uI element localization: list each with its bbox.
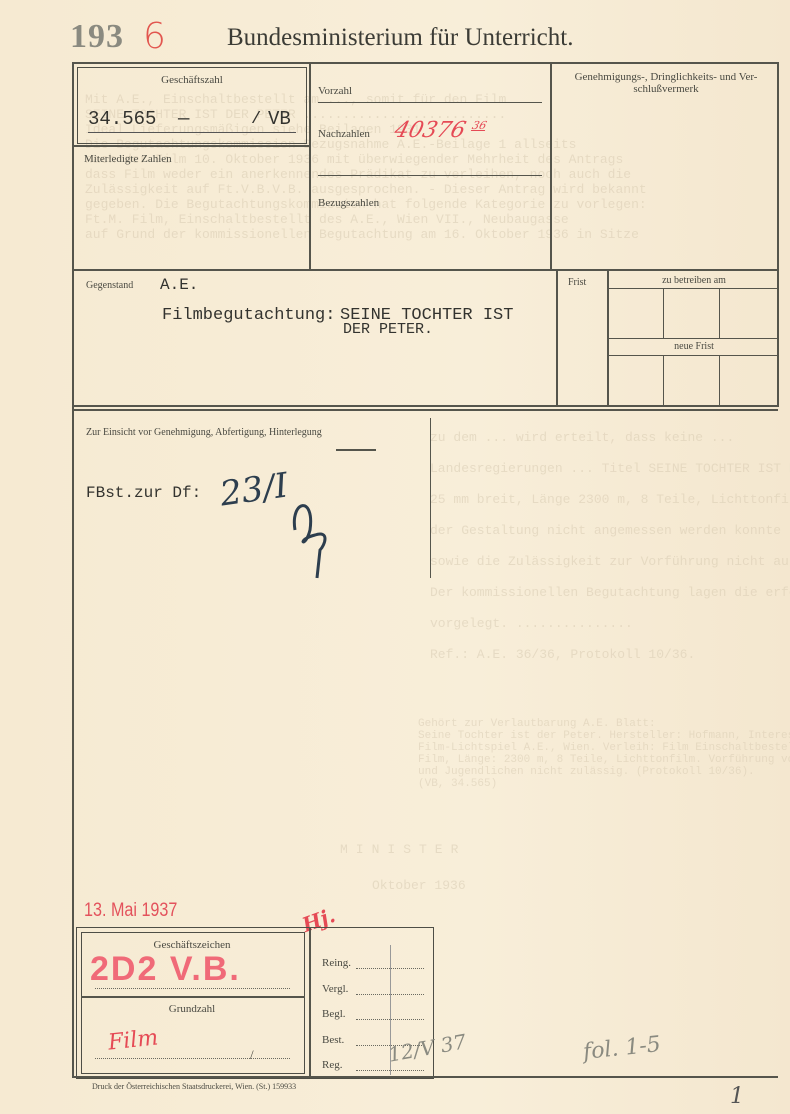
folio-annotation: fol. 1-5: [582, 1032, 662, 1065]
frame-left-rule: [72, 62, 74, 1077]
reg-label: Reg.: [322, 1059, 342, 1071]
frist-label: Frist: [568, 277, 586, 288]
column-divider: [309, 927, 311, 1077]
geschaeftszahl-label: Geschäftszahl: [77, 74, 307, 86]
zu-betreiben-label: zu betreiben am: [610, 275, 778, 286]
subject-prefix: Filmbegutachtung:: [162, 306, 335, 325]
rule: [72, 269, 778, 271]
grundzahl-label: Grundzahl: [81, 1003, 303, 1015]
nachzahlen-line: [318, 175, 542, 176]
miterledigte-zahlen-label: Miterledigte Zahlen: [84, 153, 172, 165]
film-title-line-2: DER PETER.: [343, 321, 433, 338]
column-divider: [550, 64, 552, 270]
bezugszahlen-label: Bezugszahlen: [318, 197, 379, 209]
grundzahl-field[interactable]: [95, 1058, 290, 1059]
vermerk-label: Genehmigungs-, Dringlichkeits- und Ver- …: [556, 71, 776, 95]
geschaeftszahl-slash: /: [251, 110, 261, 129]
grundzahl-handwritten: Film: [107, 1025, 160, 1055]
rule: [72, 145, 310, 147]
page-number: 1: [730, 1084, 744, 1109]
bleed-through-text: Oktober 1936: [372, 878, 466, 893]
vergl-label: Vergl.: [322, 983, 348, 995]
einsicht-label: Zur Einsicht vor Genehmigung, Abfertigun…: [86, 427, 322, 438]
bleed-through-text: zu dem ... wird erteilt, dass keine ... …: [430, 422, 790, 670]
ministry-title: Bundesministerium für Unterricht.: [227, 24, 573, 52]
nachzahlen-label: Nachzahlen: [318, 128, 370, 140]
geschaeftszahl-number: 34.565: [88, 108, 156, 130]
rule: [81, 996, 305, 998]
geschaeftszahl-suffix: VB: [268, 108, 291, 130]
dotted-line: [95, 988, 290, 989]
underline-mark: [336, 449, 376, 451]
geschaeftszahl-field[interactable]: 34.565 — / VB: [88, 108, 296, 133]
bleed-through-text: MINISTER: [340, 842, 466, 857]
printer-imprint: Druck der Österreichischen Staatsdrucker…: [92, 1082, 296, 1091]
frame-bottom-rule: [72, 1076, 778, 1078]
geschaeftszeichen-stamp: 2D2 V.B.: [90, 950, 241, 989]
grundzahl-slash: /: [250, 1047, 254, 1063]
frame-top-rule: [72, 62, 778, 64]
received-date-stamp: 13. Mai 1937: [84, 900, 177, 922]
nachzahlen-value: 4037636: [392, 118, 489, 143]
bleed-through-text: Gehört zur Verlautbarung A.E. Blatt: Sei…: [418, 718, 790, 790]
best-label: Best.: [322, 1034, 344, 1046]
fbst-label: FBst.zur Df:: [86, 484, 201, 502]
double-rule: [72, 405, 778, 407]
frame-right-rule: [777, 62, 779, 407]
column-divider: [430, 418, 431, 578]
gegenstand-label: Gegenstand: [86, 280, 133, 291]
fbst-handwritten-date: 23/I: [218, 465, 291, 514]
rule: [609, 338, 777, 339]
geschaeftszahl-dash: —: [178, 108, 189, 130]
double-rule: [72, 409, 778, 411]
column-divider: [309, 64, 311, 270]
subject-line-1: A.E.: [160, 276, 198, 294]
reing-label: Reing.: [322, 957, 351, 969]
year-printed: 193: [70, 18, 124, 56]
vorzahl-line: [318, 102, 542, 103]
signature-icon: [285, 490, 345, 585]
year-handwritten: 6: [143, 16, 166, 57]
column-divider: [556, 271, 558, 407]
neue-frist-field[interactable]: [609, 356, 777, 405]
neue-frist-label: neue Frist: [610, 341, 778, 352]
document-page: Mit A.E., Einschaltbestellt am ..., somi…: [0, 0, 790, 1114]
zu-betreiben-field[interactable]: [609, 289, 777, 338]
begl-label: Begl.: [322, 1008, 346, 1020]
vorzahl-label: Vorzahl: [318, 85, 352, 97]
